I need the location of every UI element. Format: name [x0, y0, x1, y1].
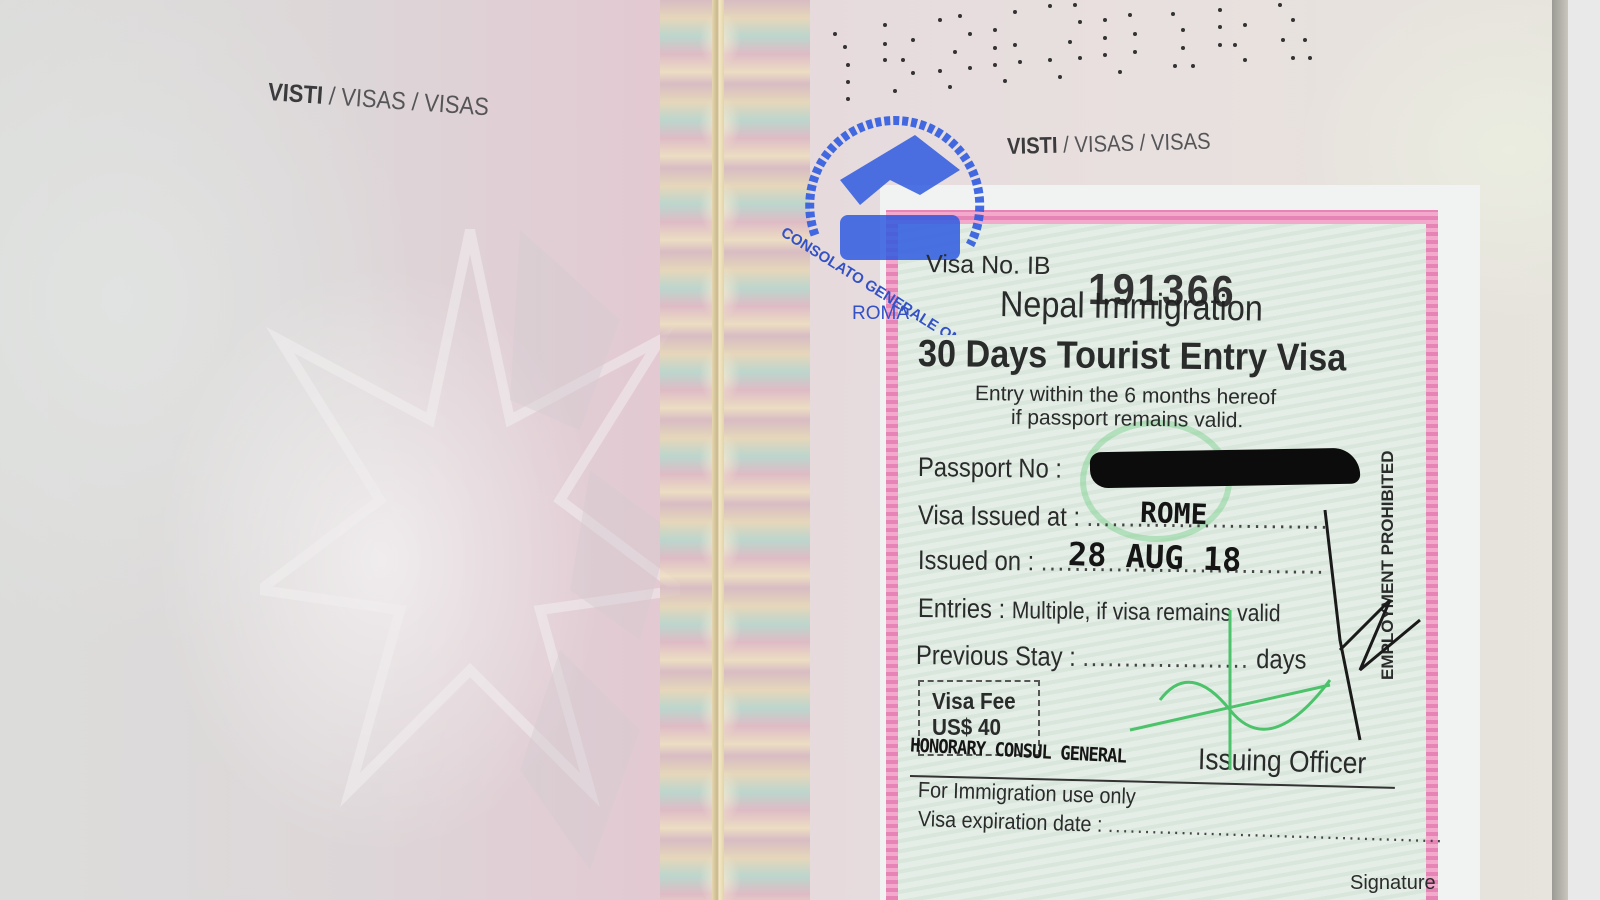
entries-label: Entries : [918, 593, 1005, 624]
visa-title: 30 Days Tourist Entry Visa [918, 333, 1347, 380]
signature-scribble-icon [1030, 500, 1450, 800]
heading-bold: VISTI [267, 78, 324, 110]
visa-subtitle-line2: if passport remains valid. [1011, 406, 1244, 433]
visa-serial-number: 191366 [1088, 265, 1237, 318]
consulate-stamp-icon: CONSOLATO GENERALE ONORARIO DEL NEPAL [770, 85, 1030, 335]
passport-no-label: Passport No : [918, 452, 1062, 484]
visa-number-label: Visa No. IB [926, 250, 1051, 281]
signature-label: Signature [1350, 872, 1436, 895]
passport-no-field: Passport No : [918, 452, 1062, 485]
stamp-city: ROMA [852, 303, 909, 325]
issued-on-label: Issued on : [918, 545, 1035, 576]
left-page-heading: VISTI / VISAS / VISAS [267, 78, 490, 122]
left-passport-page: VISTI / VISAS / VISAS [0, 0, 660, 900]
heading-rest: / VISAS / VISAS [322, 82, 490, 122]
passport-no-redaction [1090, 448, 1361, 489]
background-surface [1568, 0, 1600, 900]
expiration-label: Visa expiration date : [918, 806, 1103, 837]
star-watermark-icon [260, 170, 680, 900]
page-edge [1552, 0, 1568, 900]
heading-rest: / VISAS / VISAS [1057, 128, 1211, 158]
passport-fold [712, 0, 724, 900]
visa-fee-label: Visa Fee [932, 688, 1016, 715]
right-page-heading: VISTI / VISAS / VISAS [1007, 128, 1211, 160]
